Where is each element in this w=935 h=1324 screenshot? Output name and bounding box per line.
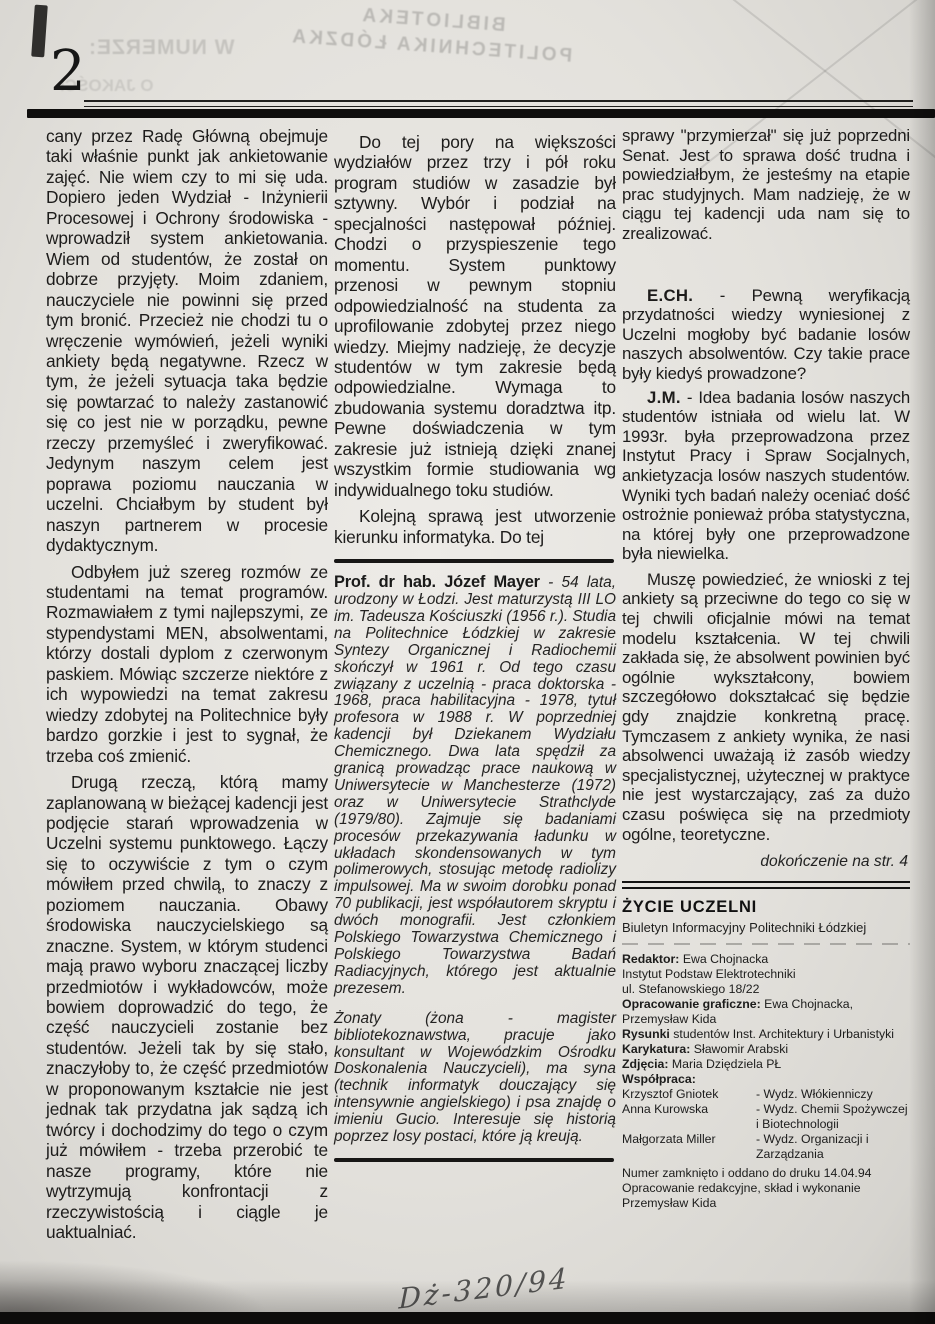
masthead-top-rule	[622, 881, 910, 889]
bio-section: Prof. dr hab. Józef Mayer - 54 lata, uro…	[334, 574, 616, 1146]
collaborator-row: Krzysztof Gniotek- Wydz. Włókienniczy	[622, 1087, 910, 1102]
print-date-line: Numer zamknięto i oddano do druku 14.04.…	[622, 1166, 910, 1181]
masthead-divider	[622, 943, 910, 945]
credit-line: ul. Stefanowskiego 18/22	[622, 982, 910, 997]
bio-rule-bottom	[334, 1158, 614, 1162]
bottom-scan-bar	[0, 1312, 935, 1324]
credit-line: Instytut Podstaw Elektrotechniki	[622, 967, 910, 982]
paragraph: Drugą rzeczą, którą mamy zaplanowaną w b…	[46, 772, 328, 1242]
corner-smudge	[0, 1260, 270, 1320]
credit-line: Rysunki studentów Inst. Architektury i U…	[622, 1027, 910, 1042]
bio-rule-top	[334, 559, 614, 563]
header-thick-rule	[27, 109, 935, 118]
paragraph: Kolejną sprawą jest utworzenie kierunku …	[334, 506, 616, 547]
column-middle: Do tej pory na większości wydziałów prze…	[334, 126, 616, 1173]
credit-line: Opracowanie graficzne: Ewa Chojnacka, Pr…	[622, 997, 910, 1027]
bio-paragraph: Prof. dr hab. Józef Mayer - 54 lata, uro…	[334, 574, 616, 998]
question-paragraph: E.CH. - Pewną weryfikacją przydatności w…	[622, 286, 910, 384]
speaker-initials: J.M.	[647, 388, 681, 407]
speaker-initials: E.CH.	[647, 286, 693, 305]
right-edge-shadow	[909, 0, 935, 1324]
column-gap	[622, 244, 910, 282]
paragraph: cany przez Radę Główną obejmuje taki wła…	[46, 126, 328, 556]
credit-line: Opracowanie redakcyjne, skład i wykonani…	[622, 1181, 910, 1196]
answer-paragraph: J.M. - Idea badania losów naszych studen…	[622, 388, 910, 564]
bio-text: - 54 lata, urodzony w Łodzi. Jest maturz…	[334, 574, 616, 997]
column-right: sprawy "przymierzał" się już poprzedni S…	[622, 126, 910, 1211]
header-double-rule	[84, 100, 913, 107]
page-number: 2	[50, 44, 86, 100]
paragraph: Do tej pory na większości wydziałów prze…	[334, 132, 616, 500]
paragraph: Muszę powiedzieć, że wnioski z tej ankie…	[622, 570, 910, 844]
collaborator-row: Małgorzata Miller- Wydz. Organizacji i Z…	[622, 1132, 910, 1162]
library-stamp-bleedthrough: BIBLIOTEKA POLITECHNIKA ŁÓDZKA	[289, 0, 575, 70]
paragraph: sprawy "przymierzał" się już poprzedni S…	[622, 126, 910, 244]
credit-line: Przemysław Kida	[622, 1196, 910, 1211]
bleedthrough-heading: W NUMERZE:	[88, 36, 234, 60]
bio-name: Prof. dr hab. Józef Mayer	[334, 573, 540, 591]
continuation-note: dokończenie na str. 4	[622, 853, 908, 871]
column-left: cany przez Radę Główną obejmuje taki wła…	[46, 126, 328, 1242]
credit-line: Zdjęcia: Maria Dziędziela PŁ	[622, 1057, 910, 1072]
credit-line: Karykatura: Sławomir Arabski	[622, 1042, 910, 1057]
paragraph: Odbyłem już szereg rozmów ze studentami …	[46, 562, 328, 767]
answer-text: - Idea badania losów naszych studentów i…	[622, 388, 910, 564]
masthead-title: ŻYCIE UCZELNI	[622, 898, 910, 917]
collaborator-row: Anna Kurowska- Wydz. Chemii Spożywczej i…	[622, 1102, 910, 1132]
scanned-newspaper-page: BIBLIOTEKA POLITECHNIKA ŁÓDZKA W NUMERZE…	[0, 0, 935, 1324]
masthead: ŻYCIE UCZELNI Biuletyn Informacyjny Poli…	[622, 881, 910, 1211]
credit-line: Współpraca:	[622, 1072, 910, 1087]
credit-line: Redaktor: Ewa Chojnacka	[622, 952, 910, 967]
masthead-subtitle: Biuletyn Informacyjny Politechniki Łódzk…	[622, 920, 910, 935]
bio-paragraph: Żonaty (żona - magister bibliotekoznawst…	[334, 1011, 616, 1146]
scan-ink-mark	[31, 5, 48, 58]
